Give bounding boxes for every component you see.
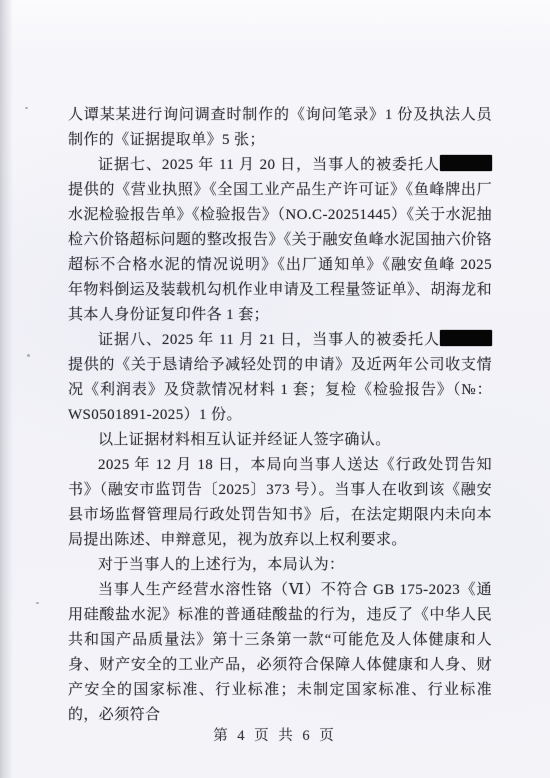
page-number-footer: 第 4 页 共 6 页 xyxy=(0,726,550,746)
paragraph: 2025 年 12 月 18 日，本局向当事人送达《行政处罚告知书》（融安市监罚… xyxy=(68,453,492,553)
scan-speck xyxy=(27,354,30,357)
document-body: 人谭某某进行询问调查时制作的《询问笔录》1 份及执法人员制作的《证据提取单》5 … xyxy=(68,103,492,728)
scan-speck xyxy=(36,602,39,604)
redaction-box xyxy=(440,155,492,171)
paragraph: 证据七、2025 年 11 月 20 日，当事人的被委托人提供的《营业执照》《全… xyxy=(68,153,492,328)
scan-speck xyxy=(25,107,28,109)
paragraph: 证据八、2025 年 11 月 21 日，当事人的被委托人提供的《关于恳请给予减… xyxy=(68,328,492,428)
redaction-box xyxy=(440,330,492,346)
paragraph: 以上证据材料相互认证并经证人签字确认。 xyxy=(68,428,492,453)
document-page: 人谭某某进行询问调查时制作的《询问笔录》1 份及执法人员制作的《证据提取单》5 … xyxy=(0,0,550,778)
scan-edge-shadow xyxy=(0,0,13,778)
paragraph: 当事人生产经营水溶性铬（Ⅵ）不符合 GB 175-2023《通用硅酸盐水泥》标准… xyxy=(68,578,492,728)
paragraph: 人谭某某进行询问调查时制作的《询问笔录》1 份及执法人员制作的《证据提取单》5 … xyxy=(68,103,492,153)
paragraph: 对于当事人的上述行为，本局认为： xyxy=(68,553,492,578)
